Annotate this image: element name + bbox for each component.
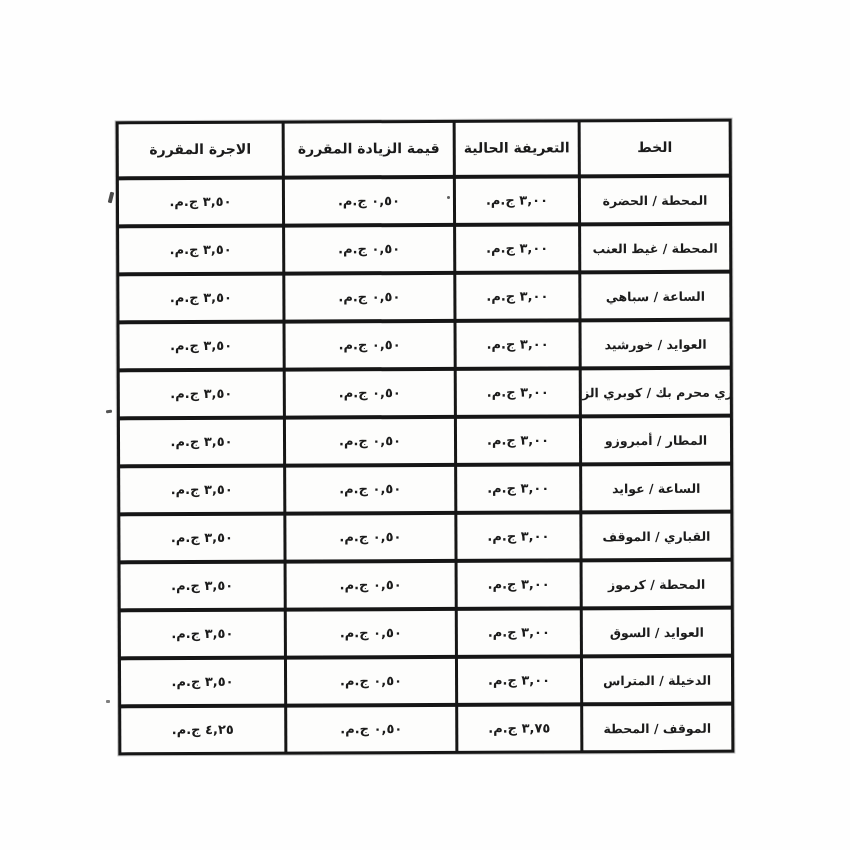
current-tariff-cell: ٣,٠٠ ج.م. [457,418,579,463]
current-tariff-cell: ٣,٠٠ ج.م. [457,466,579,511]
scanned-document-page: الخط التعريفة الحالية قيمة الزيادة المقر… [0,0,850,850]
increase-cell: ٠,٥٠ ج.م. [286,467,454,512]
increase-cell: ٠,٥٠ ج.م. [285,179,453,224]
increase-cell: ٠,٥٠ ج.م. [287,611,455,656]
header-current-tariff: التعريفة الحالية [456,122,578,175]
new-fare-cell: ٣,٥٠ ج.م. [120,324,283,369]
route-cell: المحطة / كرموز [583,562,731,607]
new-fare-cell: ٣,٥٠ ج.م. [119,276,282,321]
new-fare-cell: ٣,٥٠ ج.م. [121,564,284,609]
increase-cell: ٠,٥٠ ج.م. [285,275,453,320]
increase-cell: ٠,٥٠ ج.م. [287,659,455,704]
current-tariff-cell: ٣,٠٠ ج.م. [456,178,578,223]
new-fare-cell: ٣,٥٠ ج.م. [119,180,282,225]
route-cell: العوايد / السوق [583,610,731,655]
new-fare-cell: ٣,٥٠ ج.م. [120,516,283,561]
route-cell: القباري / الموقف [582,514,730,559]
current-tariff-cell: ٣,٠٠ ج.م. [458,562,580,607]
route-cell: الساعة / سباهي [581,274,729,319]
new-fare-cell: ٣,٥٠ ج.م. [120,420,283,465]
increase-cell: ٠,٥٠ ج.م. [287,707,455,752]
current-tariff-cell: ٣,٠٠ ج.م. [457,514,579,559]
increase-cell: ٠,٥٠ ج.م. [286,419,454,464]
current-tariff-cell: ٣,٠٠ ج.م. [456,226,578,271]
route-cell: الموقف / المحطة [583,706,731,751]
route-cell: الساعة / عوايد [582,466,730,511]
increase-cell: ٠,٥٠ ج.م. [285,227,453,272]
header-new-fare: الاجرة المقررة [119,124,282,177]
scan-artifact [447,196,450,199]
new-fare-cell: ٣,٥٠ ج.م. [121,612,284,657]
new-fare-cell: ٣,٥٠ ج.م. [120,372,283,417]
new-fare-cell: ٣,٥٠ ج.م. [119,228,282,273]
current-tariff-cell: ٣,٠٠ ج.م. [456,274,578,319]
current-tariff-cell: ٣,٠٠ ج.م. [458,658,580,703]
new-fare-cell: ٣,٥٠ ج.م. [121,660,284,705]
current-tariff-cell: ٣,٠٠ ج.م. [458,610,580,655]
header-line: الخط [581,122,729,175]
fare-table: الخط التعريفة الحالية قيمة الزيادة المقر… [116,119,735,756]
route-cell: المطار / أمبروزو [582,418,730,463]
current-tariff-cell: ٣,٠٠ ج.م. [457,322,579,367]
increase-cell: ٠,٥٠ ج.م. [286,323,454,368]
route-cell: الدخيلة / المتراس [583,658,731,703]
increase-cell: ٠,٥٠ ج.م. [287,563,455,608]
route-cell: العوايد / خورشيد [582,322,730,367]
route-cell: المحطة / الحضرة [581,178,729,223]
route-cell: كوبري محرم بك / كوبري الزهور [582,370,730,415]
increase-cell: ٠,٥٠ ج.م. [286,371,454,416]
new-fare-cell: ٤,٢٥ ج.م. [121,708,284,753]
current-tariff-cell: ٣,٠٠ ج.م. [457,370,579,415]
new-fare-cell: ٣,٥٠ ج.م. [120,468,283,513]
header-increase: قيمة الزيادة المقررة [285,123,453,176]
route-cell: المحطة / غيط العنب [581,226,729,271]
increase-cell: ٠,٥٠ ج.م. [286,515,454,560]
scan-artifact [106,410,112,414]
scan-artifact [108,192,115,204]
current-tariff-cell: ٣,٧٥ ج.م. [458,706,580,751]
scan-artifact [106,700,110,703]
